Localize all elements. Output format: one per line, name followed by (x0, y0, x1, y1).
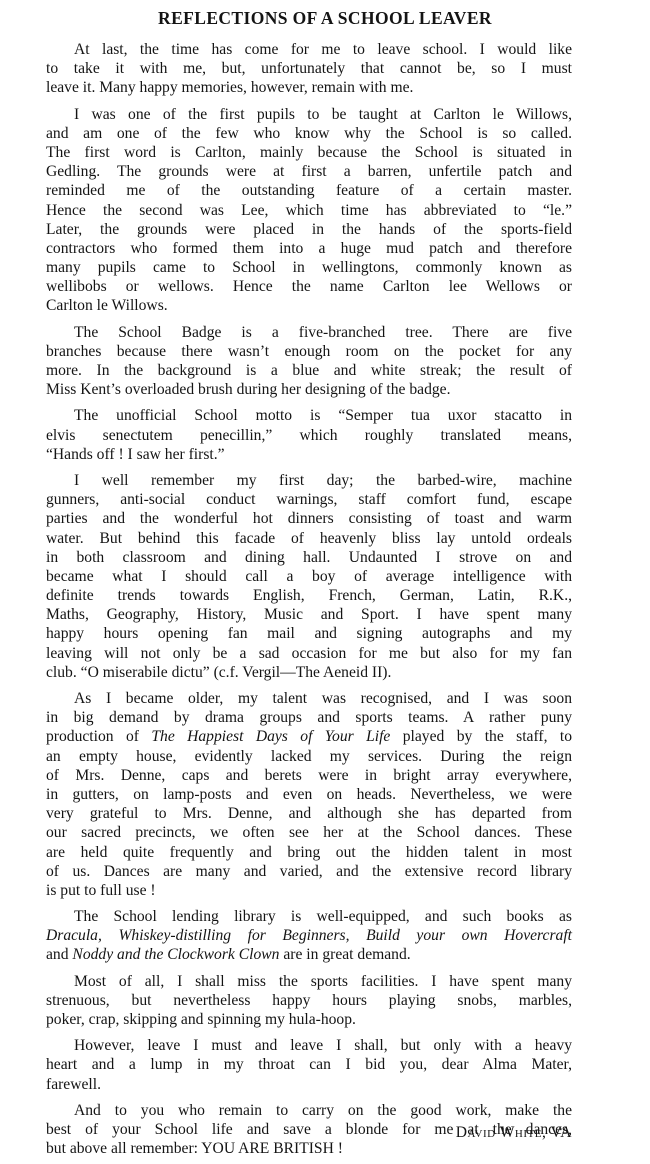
text-line: in gutters, on lamp-posts and even on he… (46, 785, 572, 804)
text-line: production of The Happiest Days of Your … (46, 727, 572, 746)
text-line: heart and a lump in my throat can I bid … (46, 1055, 572, 1074)
italic-title: The Happiest Days of Your Life (151, 728, 390, 745)
text-line: poker, crap, skipping and spinning my hu… (46, 1010, 572, 1029)
text-line: are held quite frequently and bring out … (46, 843, 572, 862)
paragraph: However, leave I must and leave I shall,… (46, 1036, 572, 1094)
italic-title: Noddy and the Clockwork Clown (72, 946, 279, 963)
paragraph: At last, the time has come for me to lea… (46, 40, 572, 98)
paragraph: Most of all, I shall miss the sports fac… (46, 972, 572, 1030)
text-line: but above all remember: YOU ARE BRITISH … (46, 1139, 572, 1158)
text-line: wellibobs or wellows. Hence the name Car… (46, 277, 572, 296)
text-line: became what I should call a boy of avera… (46, 567, 572, 586)
text-line: The first word is Carlton, mainly becaus… (46, 143, 572, 162)
text-line: farewell. (46, 1075, 572, 1094)
article-body: At last, the time has come for me to lea… (46, 40, 572, 1164)
text-line: I was one of the first pupils to be taug… (46, 105, 572, 124)
text-line: Miss Kent’s overloaded brush during her … (46, 380, 572, 399)
text-line: in both classroom and dining hall. Undau… (46, 548, 572, 567)
text-line: is put to full use ! (46, 881, 572, 900)
text-line: happy hours opening fan mail and signing… (46, 624, 572, 643)
text-line: However, leave I must and leave I shall,… (46, 1036, 572, 1055)
paragraph: As I became older, my talent was recogni… (46, 689, 572, 900)
paragraph: The School Badge is a five-branched tree… (46, 323, 572, 400)
text-line: gunners, anti-social conduct warnings, s… (46, 490, 572, 509)
text-line: and am one of the few who know why the S… (46, 124, 572, 143)
text-line: The School lending library is well-equip… (46, 907, 572, 926)
text-line: Later, the grounds were placed in the ha… (46, 220, 572, 239)
paragraph: The School lending library is well-equip… (46, 907, 572, 965)
text-line: At last, the time has come for me to lea… (46, 40, 572, 59)
text-line: I well remember my first day; the barbed… (46, 471, 572, 490)
text-line: strenuous, but nevertheless happy hours … (46, 991, 572, 1010)
text-line: to take it with me, but, unfortunately t… (46, 59, 572, 78)
text-line: club. “O miserabile dictu” (c.f. Vergil—… (46, 663, 572, 682)
text-line: elvis senectutem penecillin,” which roug… (46, 426, 572, 445)
text-line: contractors who formed them into a huge … (46, 239, 572, 258)
text-line: As I became older, my talent was recogni… (46, 689, 572, 708)
text-line: reminded me of the outstanding feature o… (46, 181, 572, 200)
text-line: and Noddy and the Clockwork Clown are in… (46, 945, 572, 964)
text-line: Hence the second was Lee, which time has… (46, 201, 572, 220)
paragraph: I was one of the first pupils to be taug… (46, 105, 572, 316)
article-title: REFLECTIONS OF A SCHOOL LEAVER (0, 8, 650, 29)
text-line: more. In the background is a blue and wh… (46, 361, 572, 380)
text-line: our sacred precincts, we often see her a… (46, 823, 572, 842)
text-line: The unofficial School motto is “Semper t… (46, 406, 572, 425)
author-signature: David White, VA (456, 1124, 572, 1142)
text-line: And to you who remain to carry on the go… (46, 1101, 572, 1120)
text-line: Most of all, I shall miss the sports fac… (46, 972, 572, 991)
italic-title: Dracula, Whiskey-distilling for Beginner… (46, 927, 572, 944)
text-line: definite trends towards English, French,… (46, 586, 572, 605)
paragraph: The unofficial School motto is “Semper t… (46, 406, 572, 464)
text-line: many pupils came to School in wellington… (46, 258, 572, 277)
text-line: water. But behind this facade of heavenl… (46, 529, 572, 548)
text-line: of us. Dances are many and varied, and t… (46, 862, 572, 881)
text-line: leaving will not only be a sad occasion … (46, 644, 572, 663)
text-line: an empty house, evidently lacked my serv… (46, 747, 572, 766)
text-line: Carlton le Willows. (46, 296, 572, 315)
text-line: of Mrs. Denne, caps and berets were in b… (46, 766, 572, 785)
text-line: The School Badge is a five-branched tree… (46, 323, 572, 342)
paragraph: I well remember my first day; the barbed… (46, 471, 572, 682)
text-line: very grateful to Mrs. Denne, and althoug… (46, 804, 572, 823)
text-line: branches because there wasn’t enough roo… (46, 342, 572, 361)
text-line: in big demand by drama groups and sports… (46, 708, 572, 727)
text-line: “Hands off ! I saw her first.” (46, 445, 572, 464)
text-line: parties and the wonderful hot dinners co… (46, 509, 572, 528)
text-line: Maths, Geography, History, Music and Spo… (46, 605, 572, 624)
text-line: leave it. Many happy memories, however, … (46, 78, 572, 97)
text-line: Dracula, Whiskey-distilling for Beginner… (46, 926, 572, 945)
text-line: Gedling. The grounds were at first a bar… (46, 162, 572, 181)
